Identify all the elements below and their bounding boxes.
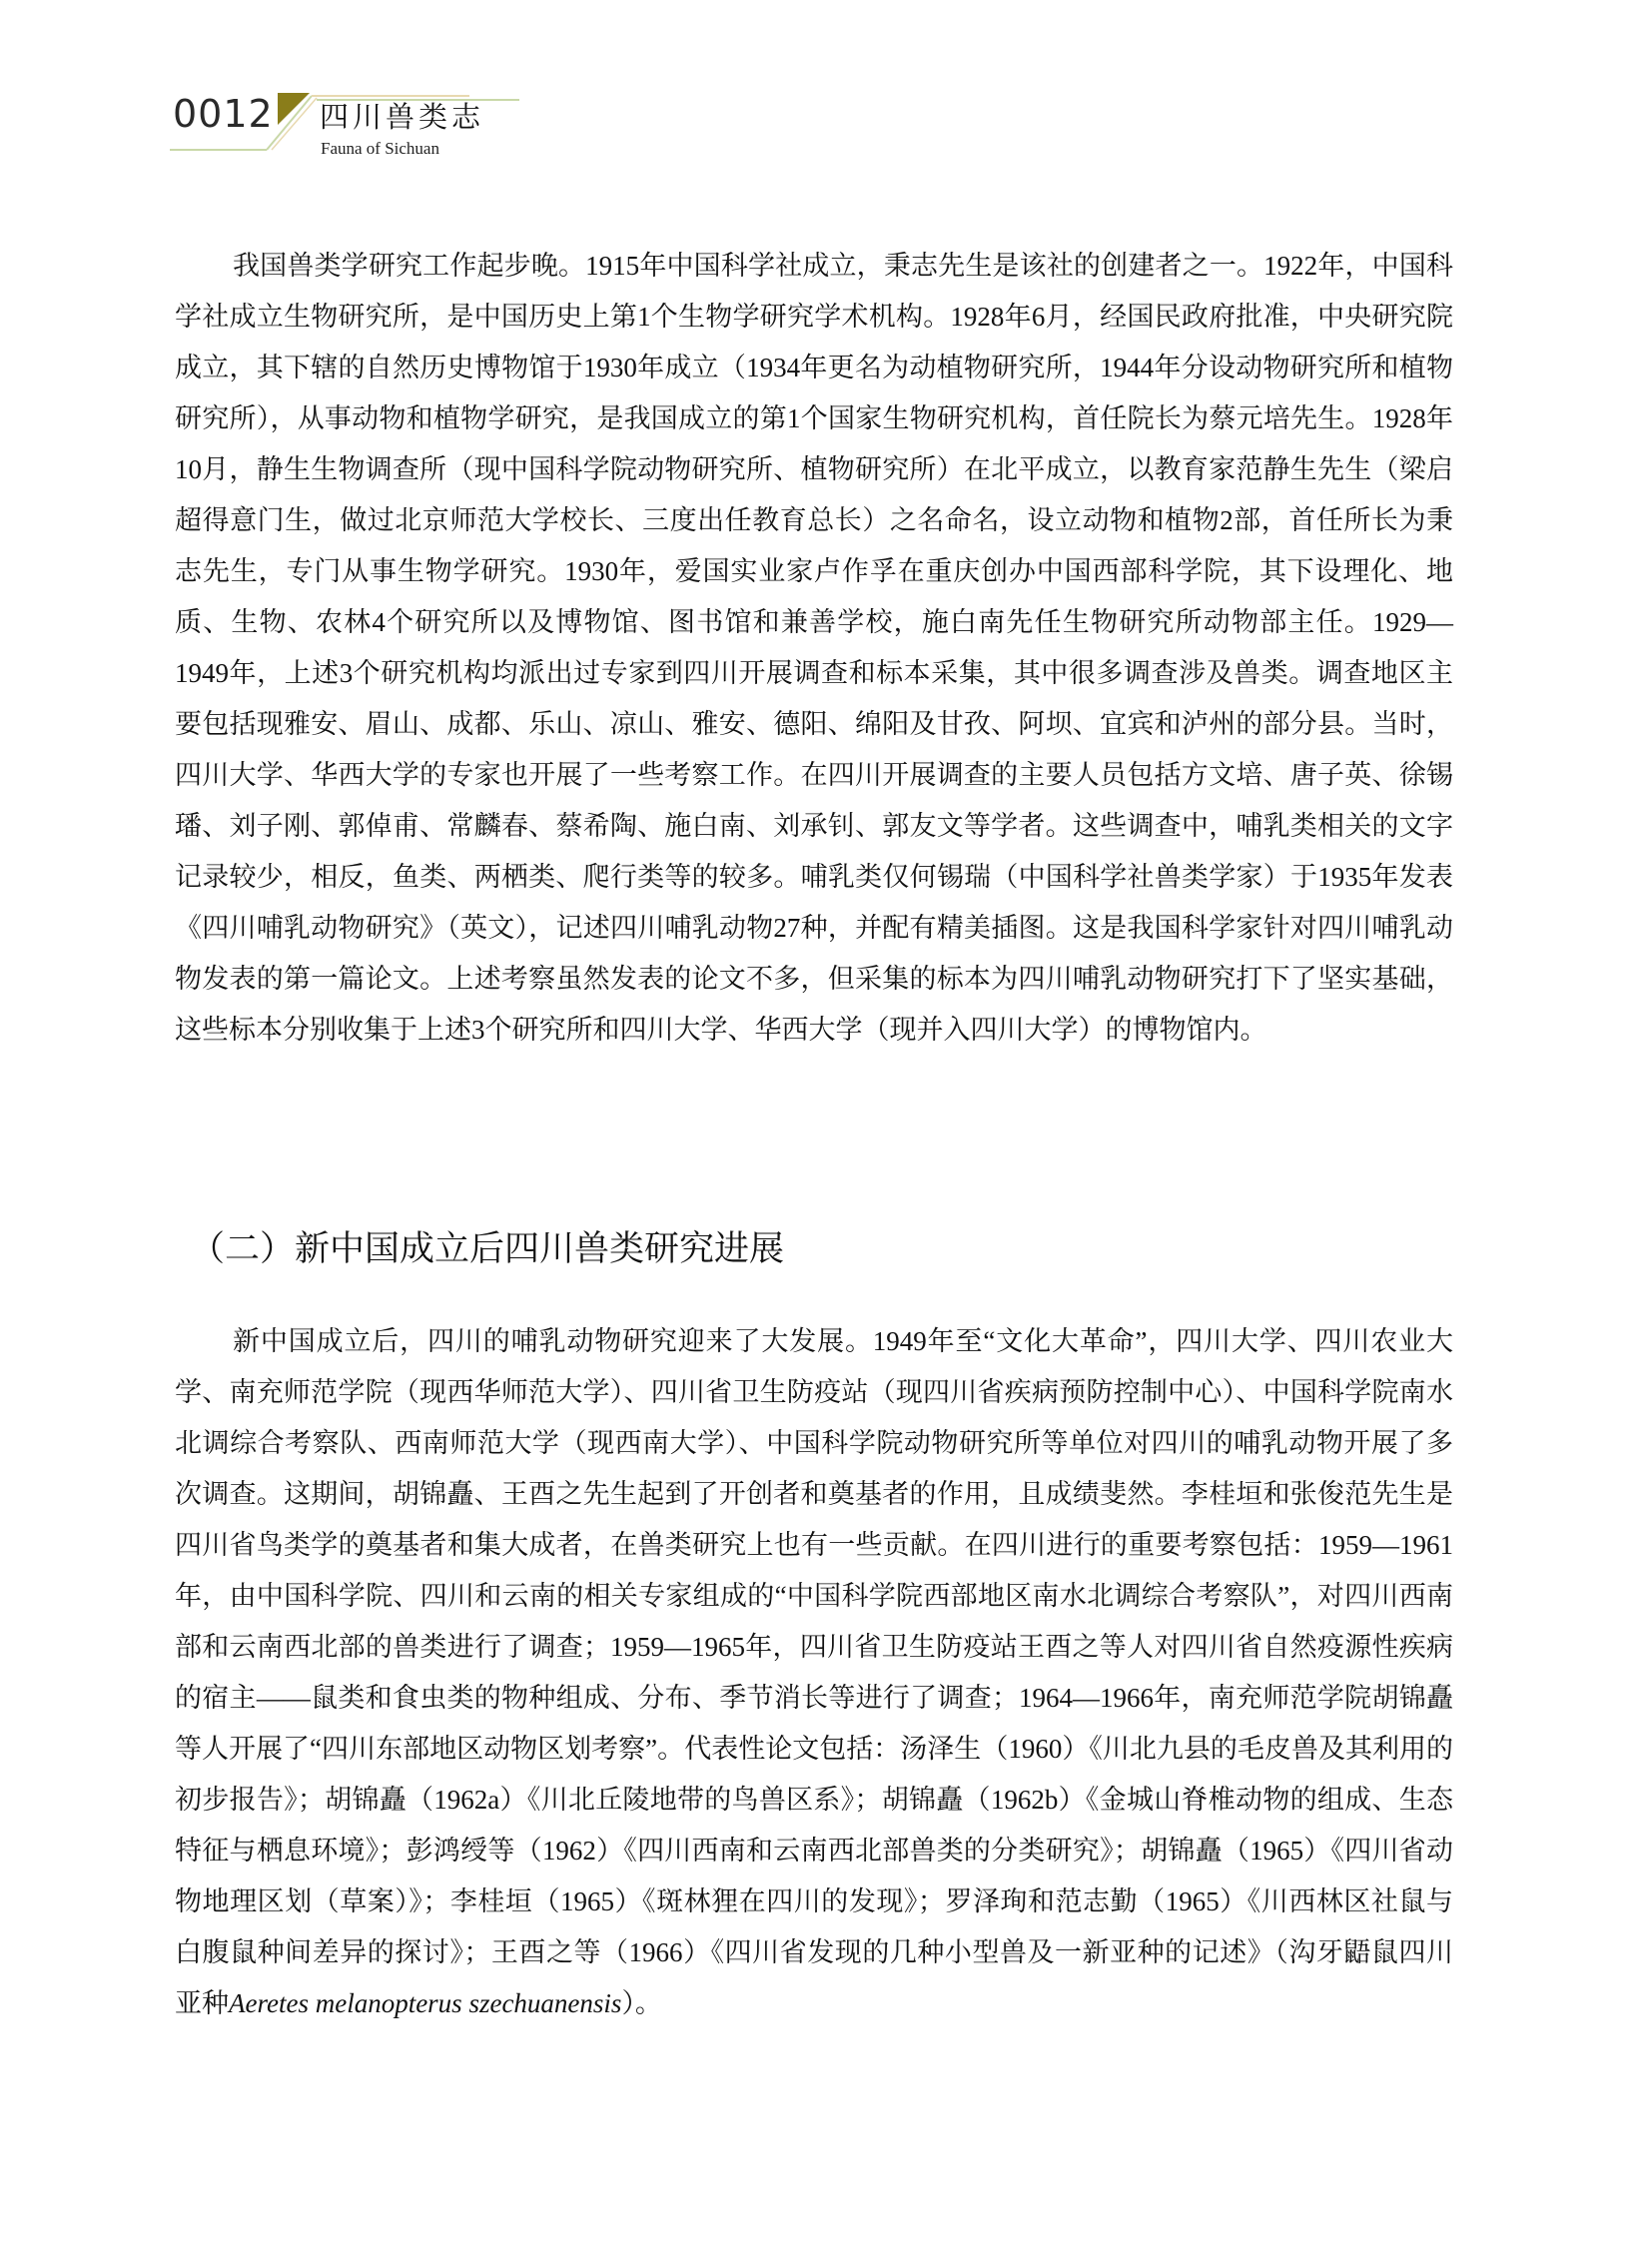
section-heading: （二）新中国成立后四川兽类研究进展 <box>190 1226 784 1272</box>
book-subtitle: Fauna of Sichuan <box>321 139 439 159</box>
paragraph-early-history: 我国兽类学研究工作起步晚。1915年中国科学社成立，秉志先生是该社的创建者之一。… <box>175 241 1453 1056</box>
species-latin-name: Aeretes melanopterus szechuanensis <box>229 1988 621 2018</box>
book-title: 四川兽类志 <box>320 100 484 134</box>
paragraph-end: ）。 <box>621 1988 662 2018</box>
accent-triangle <box>278 93 310 125</box>
paragraph-post-1949: 新中国成立后，四川的哺乳动物研究迎来了大发展。1949年至“文化大革命”，四川大… <box>175 1316 1453 2029</box>
page-number: 0012 <box>173 92 274 136</box>
paragraph-text: 新中国成立后，四川的哺乳动物研究迎来了大发展。1949年至“文化大革命”，四川大… <box>175 1316 1453 2029</box>
running-header: 0012 四川兽类志 Fauna of Sichuan <box>0 0 1652 200</box>
paragraph-main-text: 新中国成立后，四川的哺乳动物研究迎来了大发展。1949年至“文化大革命”，四川大… <box>175 1326 1453 2018</box>
paragraph-text: 我国兽类学研究工作起步晚。1915年中国科学社成立，秉志先生是该社的创建者之一。… <box>175 241 1453 1056</box>
